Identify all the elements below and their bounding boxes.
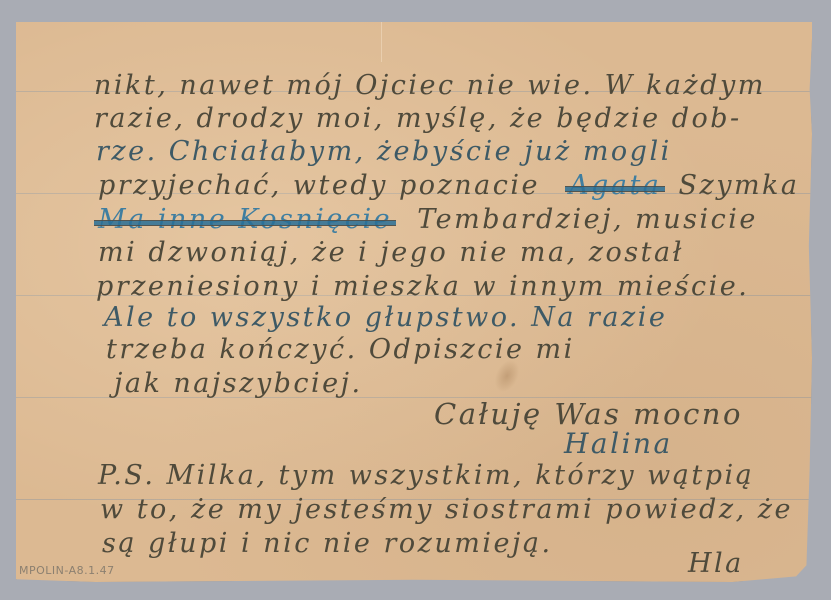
body-line-5-wrapper: Ma inne Kosnięcie Tembardziej, musicie — [98, 206, 758, 233]
signature: Halina — [564, 430, 673, 458]
closing-line: Całuję Was mocno — [434, 400, 743, 429]
body-line-8: Ale to wszystko głupstwo. Na razie — [104, 304, 667, 331]
postscript-line-3: są głupi i nic nie rozumieją. — [102, 530, 553, 557]
postscript-line-1: P.S. Milka, tym wszystkim, którzy wątpią — [98, 462, 754, 489]
postscript-signature: Hla — [688, 550, 744, 577]
body-line-3: rze. Chciałabym, żebyście już mogli — [96, 138, 672, 165]
letter-page: nikt, nawet mój Ojciec nie wie. W każdym… — [16, 22, 812, 582]
body-line-6: mi dzwoniąj, że i jego nie ma, został — [98, 239, 684, 266]
archive-reference: MPOLIN-A8.1.47 — [19, 564, 115, 577]
body-line-4b: Szymka — [678, 170, 799, 201]
body-line-7: przeniesiony i mieszka w innym mieście. — [96, 273, 749, 300]
crossed-out-phrase-2: Ma inne Kosnięcie — [98, 204, 392, 235]
body-line-10: jak najszybciej. — [114, 370, 363, 397]
body-line-9: trzeba kończyć. Odpiszcie mi — [106, 336, 575, 363]
body-line-4-wrapper: przyjechać, wtedy poznacie Agata Szymka — [98, 172, 800, 199]
body-line-5: Tembardziej, musicie — [417, 204, 758, 235]
body-line-1: nikt, nawet mój Ojciec nie wie. W każdym — [94, 72, 766, 99]
paper-fold — [381, 22, 382, 62]
postscript-line-2: w to, że my jesteśmy siostrami powiedz, … — [100, 496, 793, 523]
body-line-2: razie, drodzy moi, myślę, że będzie dob- — [94, 105, 742, 132]
crossed-out-word-1: Agata — [569, 170, 661, 201]
body-line-4: przyjechać, wtedy poznacie — [98, 170, 540, 201]
